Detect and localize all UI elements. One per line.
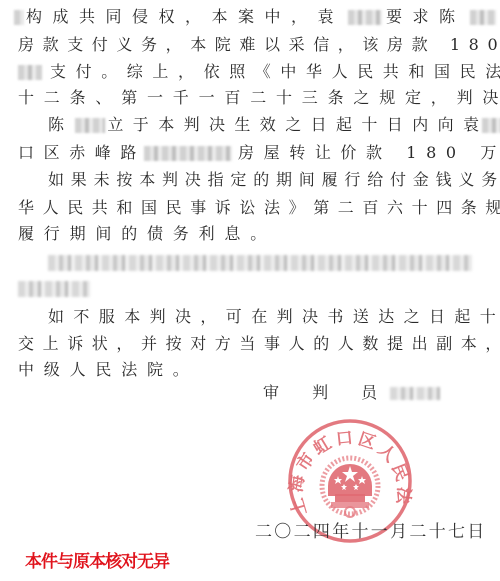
- certification-stamp: 本件与原本核对无异: [25, 550, 169, 574]
- paragraph-line: 十二条、第一千一百二十三条之规定，判决如下：: [18, 86, 478, 110]
- redacted-name: [348, 10, 382, 25]
- redacted-name: [75, 118, 105, 133]
- paragraph-line: 支付。综上，依照《中华人民共和国民法典》第一千一百二: [18, 60, 478, 84]
- text-segment: 房款支付义务，本院难以采信，该房款 180 万元应由陈: [18, 35, 500, 54]
- paragraph-line: 华人民共和国民事诉讼法》第二百六十四条规定，加倍支付迟延: [18, 196, 478, 220]
- text-segment: 要求陈: [386, 7, 466, 26]
- redacted-text: [14, 10, 24, 25]
- redacted-paragraph-line: [48, 255, 472, 271]
- text-segment: 如果未按本判决指定的期间履行给付金钱义务，应当依照《中: [48, 170, 500, 189]
- paragraph-line: 中级人民法院。: [18, 358, 478, 382]
- paragraph-line: 如不服本判决，可在判决书送达之日起十五日内，向本院递: [48, 305, 500, 329]
- redacted-name: [482, 118, 500, 133]
- text-segment: 房屋转让价款 180 万元。: [238, 143, 500, 162]
- text-segment: 陈: [48, 115, 73, 134]
- redacted-address: [144, 146, 232, 161]
- text-segment: 立于本判决生效之日起十日内向袁: [107, 115, 488, 134]
- paragraph-line: 构成共同侵权，本案中，袁要求陈、张共同承担: [14, 5, 474, 29]
- redacted-name: [470, 10, 496, 25]
- text-segment: 交上诉状，并按对方当事人的人数提出副本，上诉于上海市第二: [18, 334, 500, 353]
- redacted-paragraph-line: [18, 281, 90, 297]
- text-segment: 构成共同侵权，本案中，袁: [26, 7, 344, 26]
- paragraph-line: 履行期间的债务利息。: [18, 222, 478, 246]
- text-segment: 十二条、第一千一百二十三条之规定，判决如下：: [18, 88, 500, 107]
- text-segment: 口区赤峰路: [18, 143, 146, 162]
- judge-label: 审 判 员: [263, 381, 391, 405]
- text-segment: 履行期间的债务利息。: [18, 224, 276, 243]
- text-segment: 华人民共和国民事诉讼法》第二百六十四条规定，加倍支付迟延: [18, 198, 500, 217]
- paragraph-line: 口区赤峰路房屋转让价款 180 万元。: [18, 141, 478, 165]
- paragraph-line: 陈立于本判决生效之日起十日内向袁支付上海市虹: [48, 113, 500, 137]
- redacted-judge-name: [390, 387, 440, 400]
- text-segment: 中级人民法院。: [18, 360, 199, 379]
- paragraph-line: 如果未按本判决指定的期间履行给付金钱义务，应当依照《中: [48, 168, 500, 192]
- text-segment: 如不服本判决，可在判决书送达之日起十五日内，向本院递: [48, 307, 500, 326]
- paragraph-line: 房款支付义务，本院难以采信，该房款 180 万元应由陈向袁: [18, 33, 478, 57]
- judgment-date: 二〇二四年十一月二十七日: [255, 520, 487, 544]
- paragraph-line: 交上诉状，并按对方当事人的人数提出副本，上诉于上海市第二: [18, 332, 478, 356]
- text-segment: 支付。综上，依照《中华人民共和国民法典》第一千一百二: [50, 62, 500, 81]
- redacted-name: [18, 65, 42, 80]
